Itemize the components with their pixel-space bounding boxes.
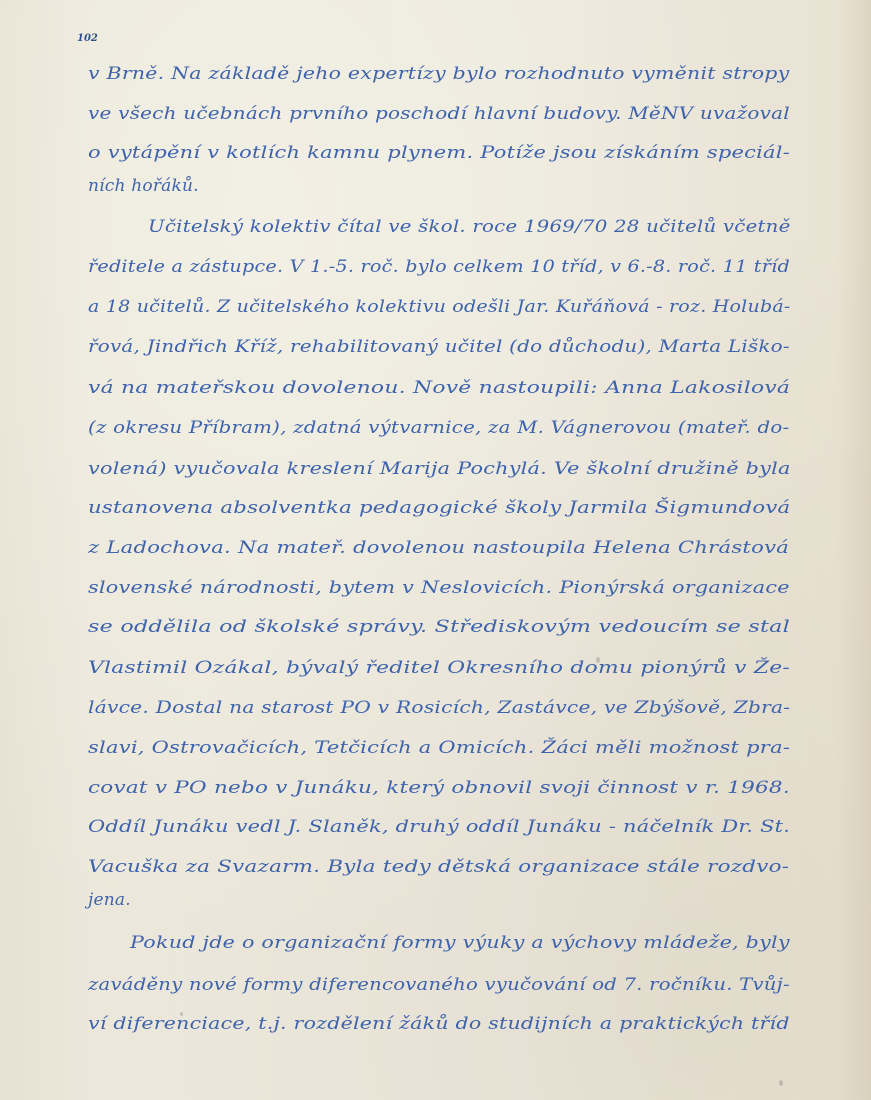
- text-line: Oddíl Junáku vedl J. Slaněk, druhý oddíl…: [88, 817, 790, 837]
- text-line: slovenské národnosti, bytem v Neslovicíc…: [88, 578, 790, 598]
- page-number: 102: [77, 33, 98, 44]
- text-line: Vlastimil Ozákal, bývalý ředitel Okresní…: [88, 658, 790, 678]
- text-line: volená) vyučovala kreslení Marija Pochyl…: [88, 459, 791, 479]
- text-line: vá na mateřskou dovolenou. Nově nastoupi…: [88, 378, 790, 398]
- text-line: ve všech učebnách prvního poschodí hlavn…: [88, 104, 790, 124]
- text-line: slavi, Ostrovačicích, Tetčicích a Omicíc…: [88, 738, 790, 758]
- text-line: se oddělila od školské správy. Středisko…: [88, 617, 790, 637]
- text-line: Vacuška za Svazarm. Byla tedy dětská org…: [88, 857, 789, 877]
- text-line: a 18 učitelů. Z učitelského kolektivu od…: [88, 297, 791, 317]
- text-line: Pokud jde o organizační formy výuky a vý…: [130, 933, 790, 953]
- text-line: řová, Jindřich Kříž, rehabilitovaný učit…: [88, 337, 790, 357]
- text-line: v Brně. Na základě jeho expertízy bylo r…: [88, 64, 789, 84]
- text-line: ustanovena absolventka pedagogické školy…: [88, 498, 790, 518]
- text-line: covat v PO nebo v Junáku, který obnovil …: [88, 778, 790, 798]
- paper-speck: [596, 657, 600, 663]
- scanned-handwritten-page: 102 v Brně. Na základě jeho expertízy by…: [0, 0, 871, 1100]
- text-line: Učitelský kolektiv čítal ve škol. roce 1…: [148, 217, 791, 237]
- paper-speck: [779, 1080, 783, 1086]
- text-line: o vytápění v kotlích kamnu plynem. Potíž…: [88, 143, 790, 163]
- text-line: lávce. Dostal na starost PO v Rosicích, …: [88, 698, 790, 718]
- text-line: ví diferenciace, t.j. rozdělení žáků do …: [88, 1014, 790, 1034]
- text-line: ních hořáků.: [88, 176, 199, 196]
- text-line: ředitele a zástupce. V 1.-5. roč. bylo c…: [88, 257, 790, 277]
- text-line: jena.: [88, 890, 131, 910]
- text-line: z Ladochova. Na mateř. dovolenou nastoup…: [88, 538, 789, 558]
- paper-speck: [180, 1012, 183, 1016]
- text-line: (z okresu Příbram), zdatná výtvarnice, z…: [88, 418, 789, 438]
- text-line: zaváděny nové formy diferencovaného vyuč…: [88, 975, 790, 995]
